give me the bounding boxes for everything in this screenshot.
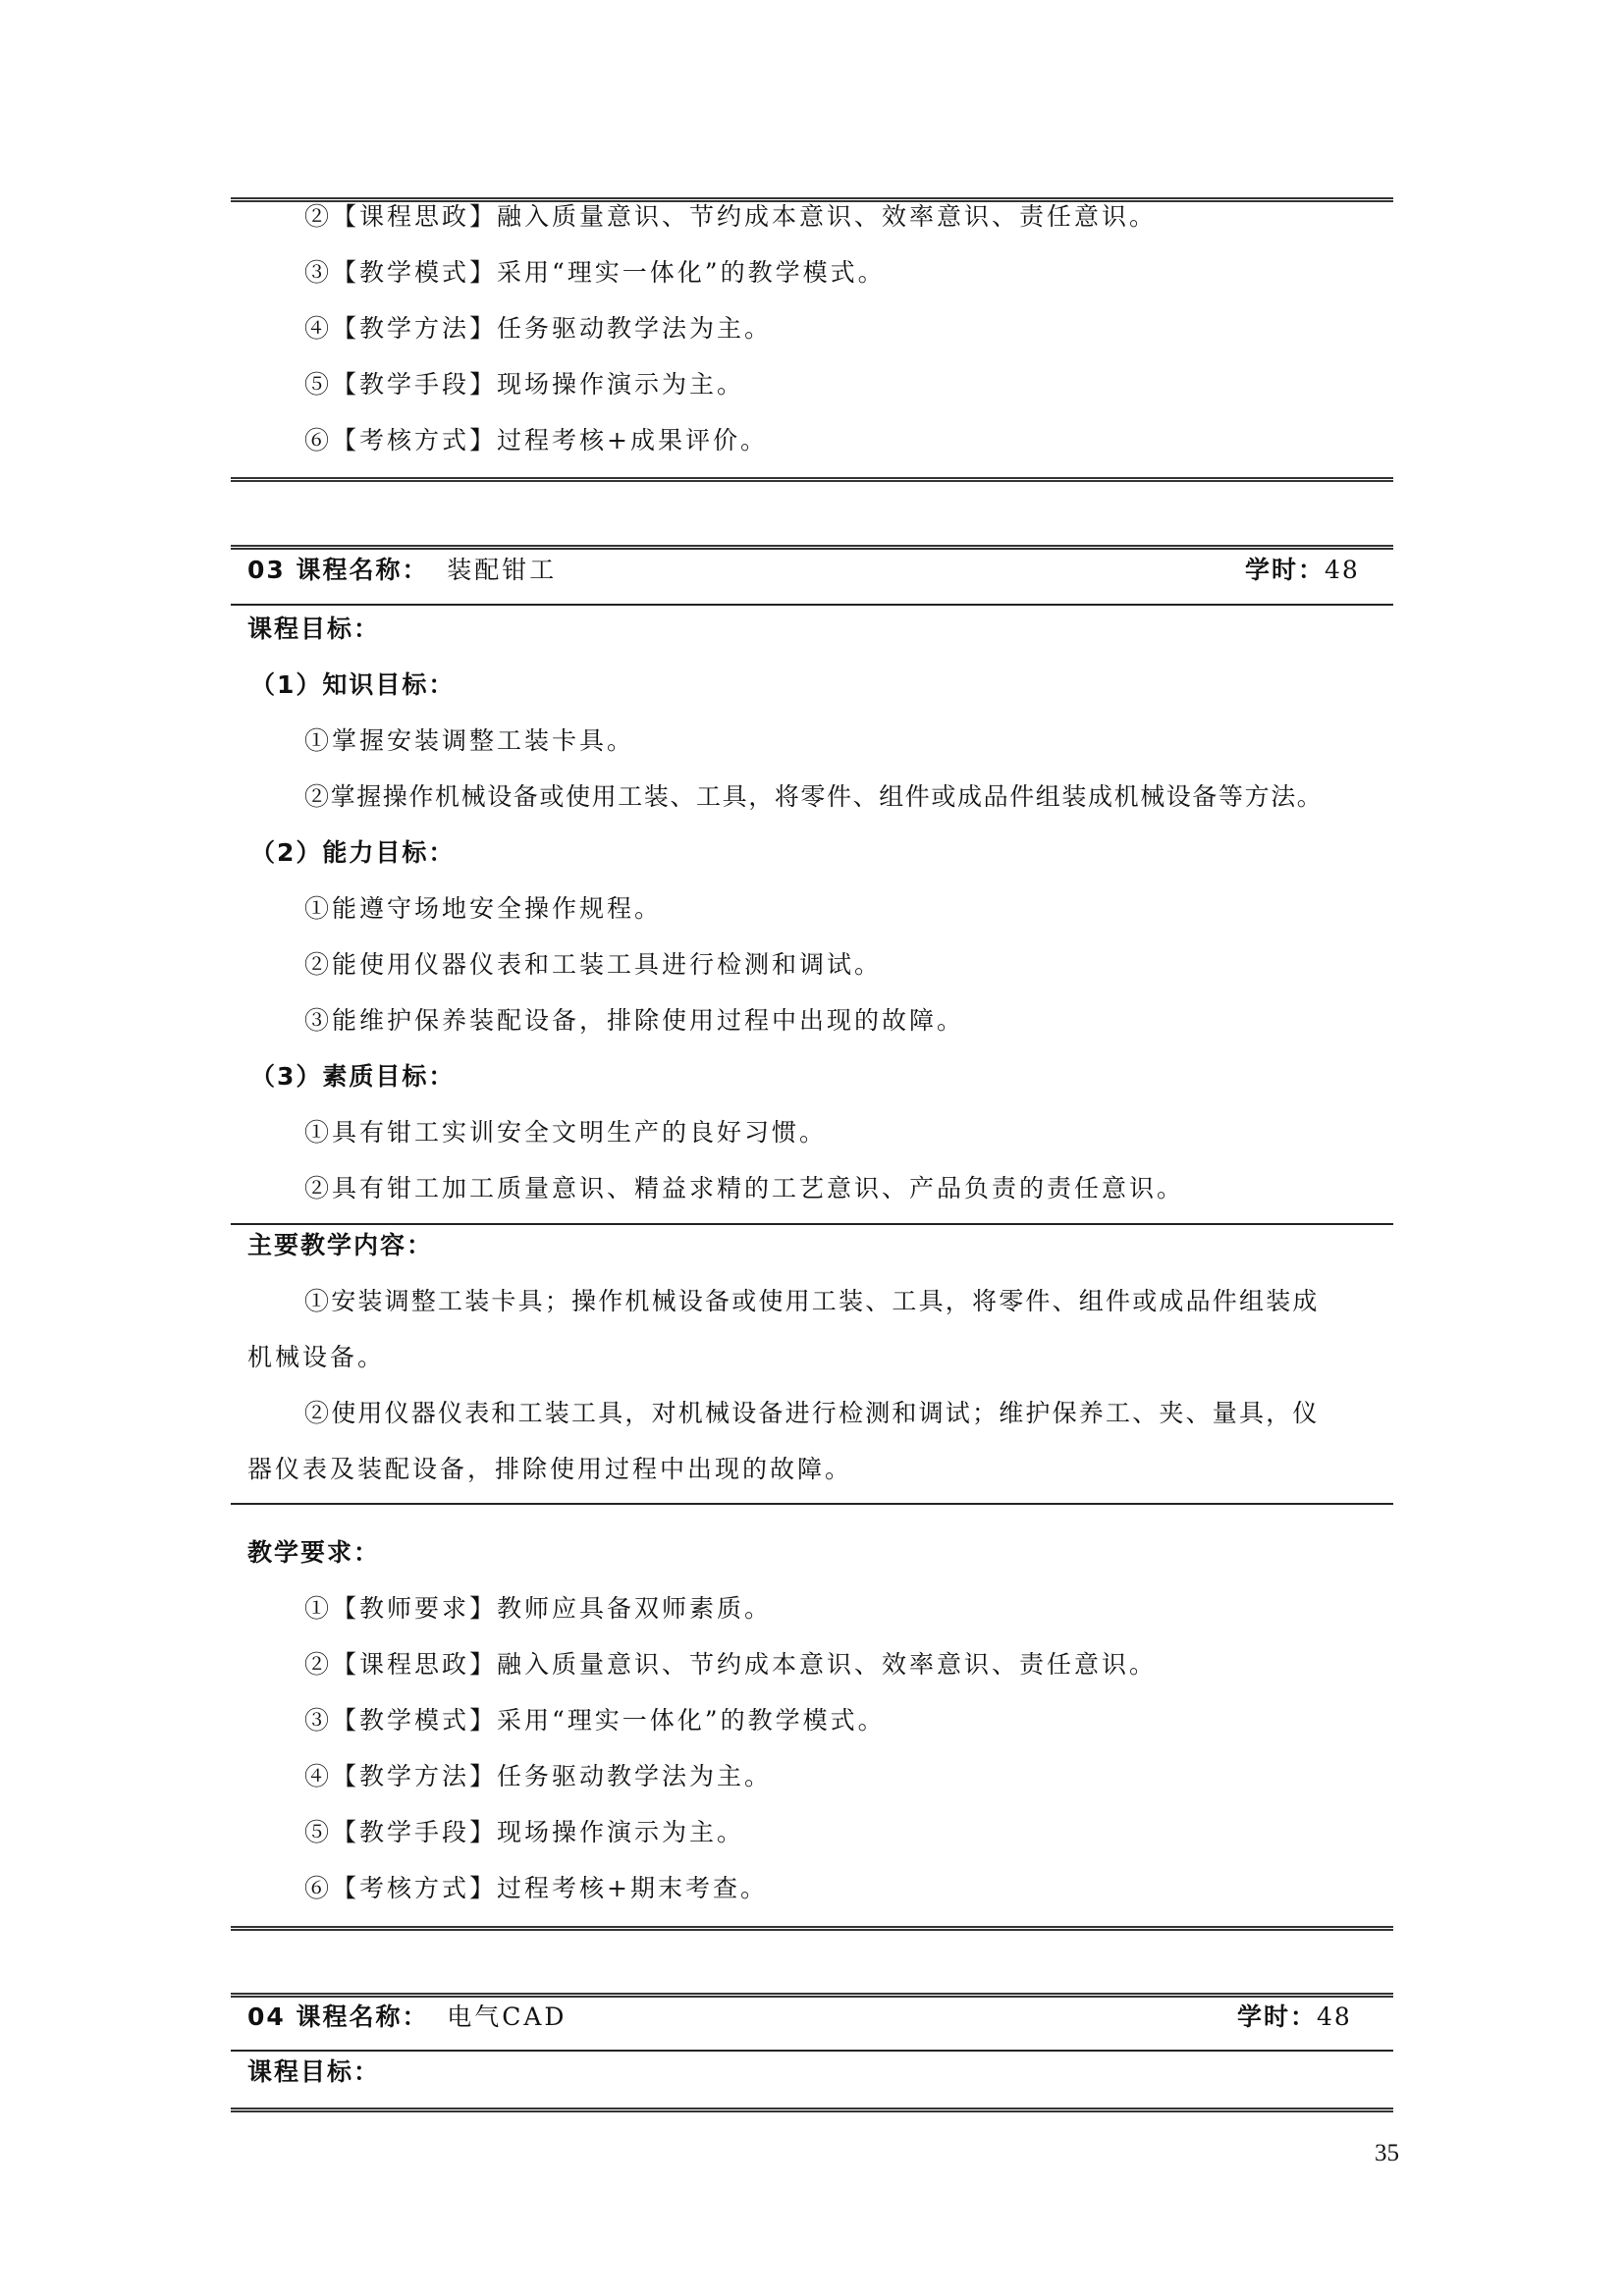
divider-double xyxy=(231,545,1393,550)
ability-heading: （2）能力目标： xyxy=(250,838,455,868)
content-heading: 主要教学内容： xyxy=(247,1231,433,1260)
objectives-heading: 课程目标： xyxy=(247,614,380,644)
requirement-item: ⑥【考核方式】过程考核+期末考查。 xyxy=(304,1874,768,1903)
course-name-label: 课程名称： xyxy=(297,2002,429,2031)
divider-single xyxy=(231,604,1393,606)
divider-double xyxy=(231,1993,1393,1998)
course-04-hours: 学时：48 xyxy=(1237,2002,1352,2032)
course-name: 电气CAD xyxy=(447,2002,567,2031)
course-name-label: 课程名称： xyxy=(297,556,429,584)
course-03-header: 03 课程名称： 装配钳工 xyxy=(247,556,557,585)
divider-double xyxy=(231,1926,1393,1931)
hours-value: 48 xyxy=(1325,556,1360,584)
course-number: 03 xyxy=(247,556,286,584)
hours-label: 学时： xyxy=(1245,556,1325,584)
knowledge-heading: （1）知识目标： xyxy=(250,670,455,700)
divider-double xyxy=(231,2108,1393,2112)
course-04-header: 04 课程名称： 电气CAD xyxy=(247,2002,567,2032)
requirement-item: ②【课程思政】融入质量意识、节约成本意识、效率意识、责任意识。 xyxy=(304,1650,1157,1680)
requirement-item: ⑤【教学手段】现场操作演示为主。 xyxy=(304,370,744,400)
requirement-item: ①【教师要求】教师应具备双师素质。 xyxy=(304,1594,772,1624)
content-line: ②使用仪器仪表和工装工具，对机械设备进行检测和调试；维护保养工、夹、量具，仪 xyxy=(304,1399,1320,1428)
requirement-item: ⑤【教学手段】现场操作演示为主。 xyxy=(304,1818,744,1847)
knowledge-item: ①掌握安装调整工装卡具。 xyxy=(304,726,634,756)
divider-single xyxy=(231,1503,1393,1505)
objectives-heading: 课程目标： xyxy=(247,2057,380,2087)
divider-double xyxy=(231,477,1393,482)
page-number: 35 xyxy=(1375,2140,1399,2167)
content-line: 器仪表及装配设备，排除使用过程中出现的故障。 xyxy=(247,1455,852,1484)
course-number: 04 xyxy=(247,2002,286,2031)
ability-item: ③能维护保养装配设备，排除使用过程中出现的故障。 xyxy=(304,1006,964,1036)
course-03-hours: 学时：48 xyxy=(1245,556,1360,585)
divider-single xyxy=(231,2050,1393,2052)
ability-item: ①能遵守场地安全操作规程。 xyxy=(304,894,662,924)
quality-item: ①具有钳工实训安全文明生产的良好习惯。 xyxy=(304,1118,827,1148)
divider-single xyxy=(231,1223,1393,1225)
requirement-item: ④【教学方法】任务驱动教学法为主。 xyxy=(304,1762,772,1791)
requirement-item: ③【教学模式】采用“理实一体化”的教学模式。 xyxy=(304,1706,886,1735)
requirements-heading: 教学要求： xyxy=(247,1538,380,1568)
requirement-item: ②【课程思政】融入质量意识、节约成本意识、效率意识、责任意识。 xyxy=(304,202,1157,232)
requirement-item: ⑥【考核方式】过程考核+成果评价。 xyxy=(304,426,768,455)
content-line: 机械设备。 xyxy=(247,1343,385,1372)
hours-label: 学时： xyxy=(1237,2002,1317,2031)
requirement-item: ③【教学模式】采用“理实一体化”的教学模式。 xyxy=(304,258,886,288)
course-name: 装配钳工 xyxy=(447,556,557,584)
knowledge-item: ②掌握操作机械设备或使用工装、工具，将零件、组件或成品件组装成机械设备等方法。 xyxy=(304,782,1323,812)
content-line: ①安装调整工装卡具；操作机械设备或使用工装、工具，将零件、组件或成品件组装成 xyxy=(304,1287,1320,1316)
quality-item: ②具有钳工加工质量意识、精益求精的工艺意识、产品负责的责任意识。 xyxy=(304,1174,1184,1203)
ability-item: ②能使用仪器仪表和工装工具进行检测和调试。 xyxy=(304,950,882,980)
requirement-item: ④【教学方法】任务驱动教学法为主。 xyxy=(304,314,772,344)
quality-heading: （3）素质目标： xyxy=(250,1062,455,1092)
hours-value: 48 xyxy=(1317,2002,1352,2031)
